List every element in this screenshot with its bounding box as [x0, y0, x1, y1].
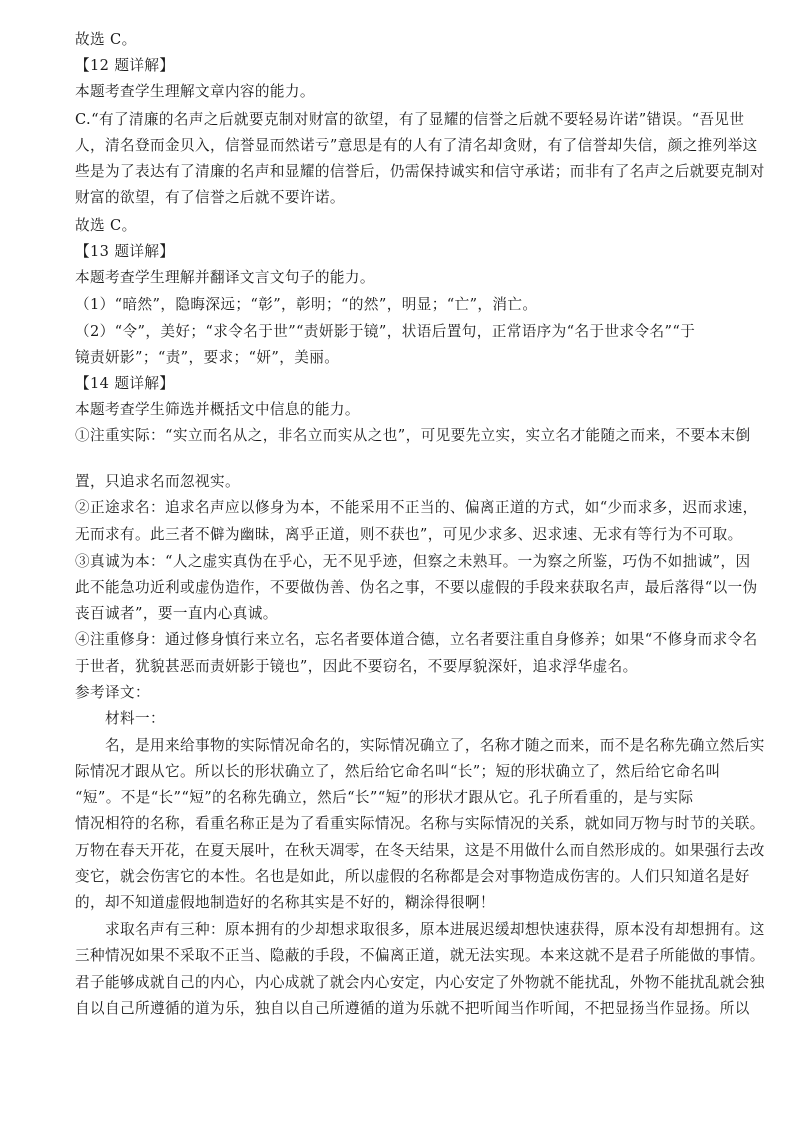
- translation-heading: 参考译文：: [75, 683, 735, 703]
- q12-intro: 本题考查学生理解文章内容的能力。: [75, 82, 735, 102]
- q14-heading: 【14 题详解】: [75, 374, 735, 394]
- q12-analysis-line: 人，清名登而金贝入，信誉显而然诺亏”意思是有的人有了清名却贪财，有了信誉却失信，…: [75, 136, 735, 156]
- q11-answer: 故选 C。: [75, 30, 735, 50]
- material-1-label: 材料一：: [105, 709, 765, 729]
- translation-para-1-line: 名，是用来给事物的实际情况命名的，实际情况确立了，名称才随之而来，而不是名称先确…: [105, 736, 765, 756]
- q14-point-4-line: 于世者，犹貌甚恶而责妍影于镜也”，因此不要窃名，不要厚貌深奸，追求浮华虚名。: [75, 657, 735, 677]
- translation-para-1-line: 情况相符的名称，看重名称正是为了看重实际情况。名称与实际情况的关系，就如同万物与…: [75, 814, 735, 834]
- q14-point-2-line: 无而求有。此三者不僻为幽昧，离乎正道，则不获也”，可见少求多、迟求速、无求有等行…: [75, 525, 735, 545]
- translation-para-1-line: 际情况才跟从它。所以长的形状确立了，然后给它命名叫“长”；短的形状确立了，然后给…: [75, 762, 735, 782]
- q14-point-4-line: ④注重修身：通过修身慎行来立名，忘名者要体道合德，立名者要注重自身修养；如果“不…: [75, 630, 735, 650]
- q12-heading: 【12 题详解】: [75, 56, 735, 76]
- translation-para-2-line: 自以自己所遵循的道为乐，独自以自己所遵循的道为乐就不把听闻当作听闻，不把显扬当作…: [75, 999, 735, 1019]
- translation-para-2-line: 君子能够成就自己的内心，内心成就了就会内心安定，内心安定了外物就不能扰乱，外物不…: [75, 973, 735, 993]
- translation-para-2-line: 求取名声有三种：原本拥有的少却想求取很多，原本进展迟缓却想快速获得，原本没有却想…: [105, 920, 765, 940]
- q12-analysis-line: C.“有了清廉的名声之后就要克制对财富的欲望，有了显耀的信誉之后就不要轻易许诺”…: [75, 110, 735, 130]
- q13-heading: 【13 题详解】: [75, 242, 735, 262]
- q14-point-3-line: 丧百诚者”，要一直内心真诚。: [75, 604, 735, 624]
- translation-para-1-line: “短”。不是“长”“短”的名称先确立，然后“长”“短”的形状才跟从它。孔子所看重…: [75, 788, 735, 808]
- q13-intro: 本题考查学生理解并翻译文言文句子的能力。: [75, 268, 735, 288]
- q13-item-2-line: （2）“令”，美好；“求令名于世”“责妍影于镜”，状语后置句，正常语序为“名于世…: [75, 322, 735, 342]
- q14-intro: 本题考查学生筛选并概括文中信息的能力。: [75, 400, 735, 420]
- q12-analysis-line: 财富的欲望，有了信誉之后就不要许诺。: [75, 188, 735, 208]
- q14-point-3-line: ③真诚为本：“人之虚实真伪在乎心，无不见乎迹，但察之未熟耳。一为察之所鉴，巧伪不…: [75, 552, 735, 572]
- translation-para-1-line: 万物在春天开花，在夏天展叶，在秋天凋零，在冬天结果，这是不用做什么而自然形成的。…: [75, 841, 735, 861]
- q14-point-2-line: ②正途求名：追求名声应以修身为本，不能采用不正当的、偏离正道的方式，如“少而求多…: [75, 498, 735, 518]
- translation-para-1-line: 变它，就会伤害它的本性。名也是如此，所以虚假的名称都是会对事物造成伤害的。人们只…: [75, 867, 735, 887]
- q14-point-3-line: 此不能急功近利或虚伪造作，不要做伪善、伪名之事，不要以虚假的手段来获取名声，最后…: [75, 578, 735, 598]
- q14-point-1-line: ①注重实际：“实立而名从之，非名立而实从之也”，可见要先立实，实立名才能随之而来…: [75, 426, 735, 446]
- translation-para-1-line: 的，却不知道虚假地制造好的名称其实是不好的，糊涂得很啊！: [75, 893, 735, 913]
- translation-para-2-line: 三种情况如果不采取不正当、隐蔽的手段，不偏离正道，就无法实现。本来这就不是君子所…: [75, 946, 735, 966]
- document-page: 故选 C。 【12 题详解】 本题考查学生理解文章内容的能力。 C.“有了清廉的…: [0, 0, 800, 1132]
- q14-point-1-line: 置，只追求名而忽视实。: [75, 472, 735, 492]
- q13-item-1: （1）“暗然”，隐晦深远；“彰”，彰明；“的然”，明显；“亡”，消亡。: [75, 295, 735, 315]
- q13-item-2-line: 镜责妍影”；“责”，要求；“妍”，美丽。: [75, 348, 735, 368]
- q12-answer: 故选 C。: [75, 216, 735, 236]
- q12-analysis-line: 些是为了表达有了清廉的名声和显耀的信誉后，仍需保持诚实和信守承诺；而非有了名声之…: [75, 162, 735, 182]
